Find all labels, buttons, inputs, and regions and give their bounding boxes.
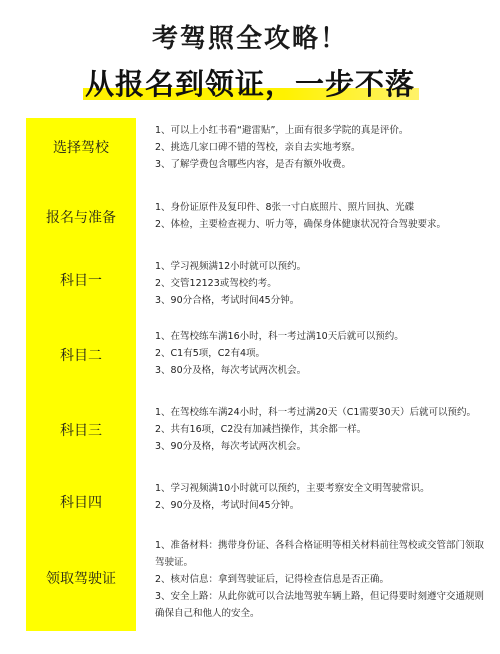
list-item: 1、准备材料：携带身份证、各科合格证明等相关材料前往驾校或交管部门领取驾驶证。 xyxy=(155,537,485,571)
list-item: 2、交管12123或驾校约考。 xyxy=(155,275,485,292)
stage-label-subject-two: 科目二 xyxy=(26,345,136,365)
stage-items-subject-four: 1、学习视频满10小时就可以预约，主要考察安全文明驾驶常识。 2、90分及格，考… xyxy=(155,480,485,514)
list-item: 1、可以上小红书看“避雷贴”，上面有很多学院的真是评价。 xyxy=(155,122,485,139)
list-item: 2、核对信息：拿到驾驶证后，记得检查信息是否正确。 xyxy=(155,571,485,588)
list-item: 2、C1有5项，C2有4项。 xyxy=(155,345,485,362)
stage-items-subject-two: 1、在驾校练车满16小时，科一考过满10天后就可以预约。 2、C1有5项，C2有… xyxy=(155,328,485,379)
list-item: 3、90分合格，考试时间45分钟。 xyxy=(155,292,485,309)
subtitle-text: 从报名到领证，一步不落 xyxy=(85,67,415,101)
stage-label-subject-three: 科目三 xyxy=(26,420,136,440)
stage-items-subject-one: 1、学习视频满12小时就可以预约。 2、交管12123或驾校约考。 3、90分合… xyxy=(155,258,485,309)
list-item: 3、90分及格，每次考试两次机会。 xyxy=(155,438,485,455)
stage-label-subject-four: 科目四 xyxy=(26,492,136,512)
list-item: 3、80分及格，每次考试两次机会。 xyxy=(155,362,485,379)
list-item: 3、了解学费包含哪些内容，是否有额外收费。 xyxy=(155,156,485,173)
page-title: 考驾照全攻略！ xyxy=(0,18,500,55)
stage-column-background xyxy=(26,118,136,631)
stage-items-get-license: 1、准备材料：携带身份证、各科合格证明等相关材料前往驾校或交管部门领取驾驶证。 … xyxy=(155,537,485,622)
list-item: 2、90分及格，考试时间45分钟。 xyxy=(155,497,485,514)
subtitle-container: 从报名到领证，一步不落 xyxy=(0,64,500,104)
stage-label-subject-one: 科目一 xyxy=(26,270,136,290)
list-item: 1、学习视频满12小时就可以预约。 xyxy=(155,258,485,275)
stage-label-registration: 报名与准备 xyxy=(26,207,136,227)
list-item: 1、身份证原件及复印件、8张一寸白底照片、照片回执、光碟 xyxy=(155,199,485,216)
list-item: 1、学习视频满10小时就可以预约，主要考察安全文明驾驶常识。 xyxy=(155,480,485,497)
stage-items-subject-three: 1、在驾校练车满24小时，科一考过满20天（C1需要30天）后就可以预约。 2、… xyxy=(155,404,485,455)
list-item: 2、挑选几家口碑不错的驾校，亲自去实地考察。 xyxy=(155,139,485,156)
list-item: 3、安全上路：从此你就可以合法地驾驶车辆上路，但记得要时刻遵守交通规则确保自己和… xyxy=(155,588,485,622)
list-item: 1、在驾校练车满24小时，科一考过满20天（C1需要30天）后就可以预约。 xyxy=(155,404,485,421)
stage-label-choose-school: 选择驾校 xyxy=(26,137,136,157)
list-item: 2、共有16项，C2没有加减挡操作，其余都一样。 xyxy=(155,421,485,438)
subtitle: 从报名到领证，一步不落 xyxy=(81,64,419,104)
stage-items-choose-school: 1、可以上小红书看“避雷贴”，上面有很多学院的真是评价。 2、挑选几家口碑不错的… xyxy=(155,122,485,173)
stage-label-get-license: 领取驾驶证 xyxy=(26,568,136,588)
list-item: 2、体检，主要检查视力、听力等，确保身体健康状况符合驾驶要求。 xyxy=(155,216,485,233)
list-item: 1、在驾校练车满16小时，科一考过满10天后就可以预约。 xyxy=(155,328,485,345)
stage-items-registration: 1、身份证原件及复印件、8张一寸白底照片、照片回执、光碟 2、体检，主要检查视力… xyxy=(155,199,485,233)
